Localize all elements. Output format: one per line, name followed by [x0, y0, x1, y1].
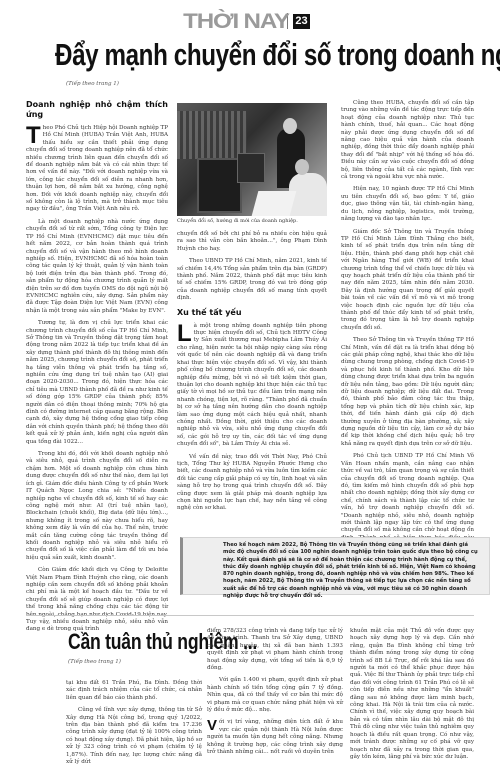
continued-from-note: (Tiếp theo trang 1)	[68, 659, 121, 665]
paragraph: Cũng về lĩnh vực xây dựng, thông tin từ …	[66, 707, 202, 766]
section-heading: Xu thế tất yếu	[177, 308, 327, 318]
paragraph: chuyển đổi số bởi chi phí bỏ ra nhiều cò…	[177, 231, 327, 253]
person-head	[283, 118, 297, 134]
drop-cap: V	[207, 719, 217, 732]
documents-on-desk	[252, 191, 297, 216]
paragraph: Tương tự, là đơn vị chủ lực triển khai c…	[26, 320, 168, 446]
paragraph: Là một doanh nghiệp nhà nước ứng dụng ch…	[26, 219, 168, 315]
article1-column-1: Doanh nghiệp nhỏ chậm thích ứng Theo Phó…	[26, 98, 168, 639]
drop-cap: T	[26, 126, 41, 146]
publication-logo: THỜI NAY	[183, 11, 289, 32]
paragraph: Theo UBND TP Hồ Chí Minh, năm 2021, kinh…	[177, 258, 327, 302]
photo-caption: Chuyển đổi số, hướng đi mới của doanh ng…	[177, 218, 327, 225]
person-head	[295, 159, 309, 175]
paragraph: Với vị trí vàng, những diện tích đất ở k…	[207, 719, 343, 756]
paragraph: Cũng theo HUBA, chuyển đổi số cần tập tr…	[341, 100, 474, 181]
article1-column-3: Cũng theo HUBA, chuyển đổi số cần tập tr…	[341, 100, 474, 569]
paragraph: Là một trong những doanh nghiệp tiên pho…	[177, 323, 327, 449]
article2-column-2: điểm 278/323 công trình và đang tiếp tục…	[207, 628, 343, 762]
paragraph: Theo Phó Chủ tịch Hiệp hội Doanh nghiệp …	[26, 125, 168, 214]
continued-from-note: (Tiếp theo trang 1)	[66, 81, 119, 87]
highlight-box: Theo kế hoạch năm 2022, Bộ Thông tin và …	[180, 537, 490, 595]
article-divider	[26, 615, 474, 616]
section-heading: Doanh nghiệp nhỏ chậm thích ứng	[26, 100, 168, 120]
article-photo	[177, 103, 327, 216]
paragraph: khuôn mặt của một Thủ đô vốn được quy ho…	[350, 628, 474, 761]
paragraph: điểm 278/323 công trình và đang tiếp tục…	[207, 628, 343, 672]
paragraph: Theo Sở Thông tin và Truyền thông TP Hồ …	[341, 337, 474, 448]
article-headline: Đẩy mạnh chuyển đổi số trong doanh nghiệ…	[55, 38, 445, 72]
drop-cap: L	[177, 324, 192, 344]
paragraph: Hiện nay, 10 ngành được TP Hồ Chí Minh ư…	[341, 186, 474, 223]
paragraph: Giám đốc Sở Thông tin và Truyền thông TP…	[341, 229, 474, 333]
page-number: 23	[293, 14, 309, 29]
monitor-screen	[237, 153, 265, 183]
paragraph: Về vấn đề này, trao đổi với Thời Nay, Ph…	[177, 454, 327, 513]
masthead: THỜI NAY 23	[0, 8, 500, 34]
article1-column-2: chuyển đổi số bởi chi phí bỏ ra nhiều cò…	[177, 231, 327, 518]
article2-column-3: khuôn mặt của một Thủ đô vốn được quy ho…	[350, 628, 474, 766]
paragraph: Với gần 1.400 vi phạm, quyết định xử phạ…	[207, 677, 343, 714]
paragraph: tại khu đất 61 Trần Phú, Ba Đình. Đồng t…	[66, 680, 202, 702]
control-panel-wall	[177, 111, 247, 159]
article2-column-1: tại khu đất 61 Trần Phú, Ba Đình. Đồng t…	[66, 680, 202, 771]
paragraph: Còn Giám đốc khối dịch vụ Công ty Deloit…	[26, 567, 168, 634]
monitor-screen	[197, 158, 242, 213]
paragraph: Trong khi đó, đối với khối doanh nghiệp …	[26, 451, 168, 562]
